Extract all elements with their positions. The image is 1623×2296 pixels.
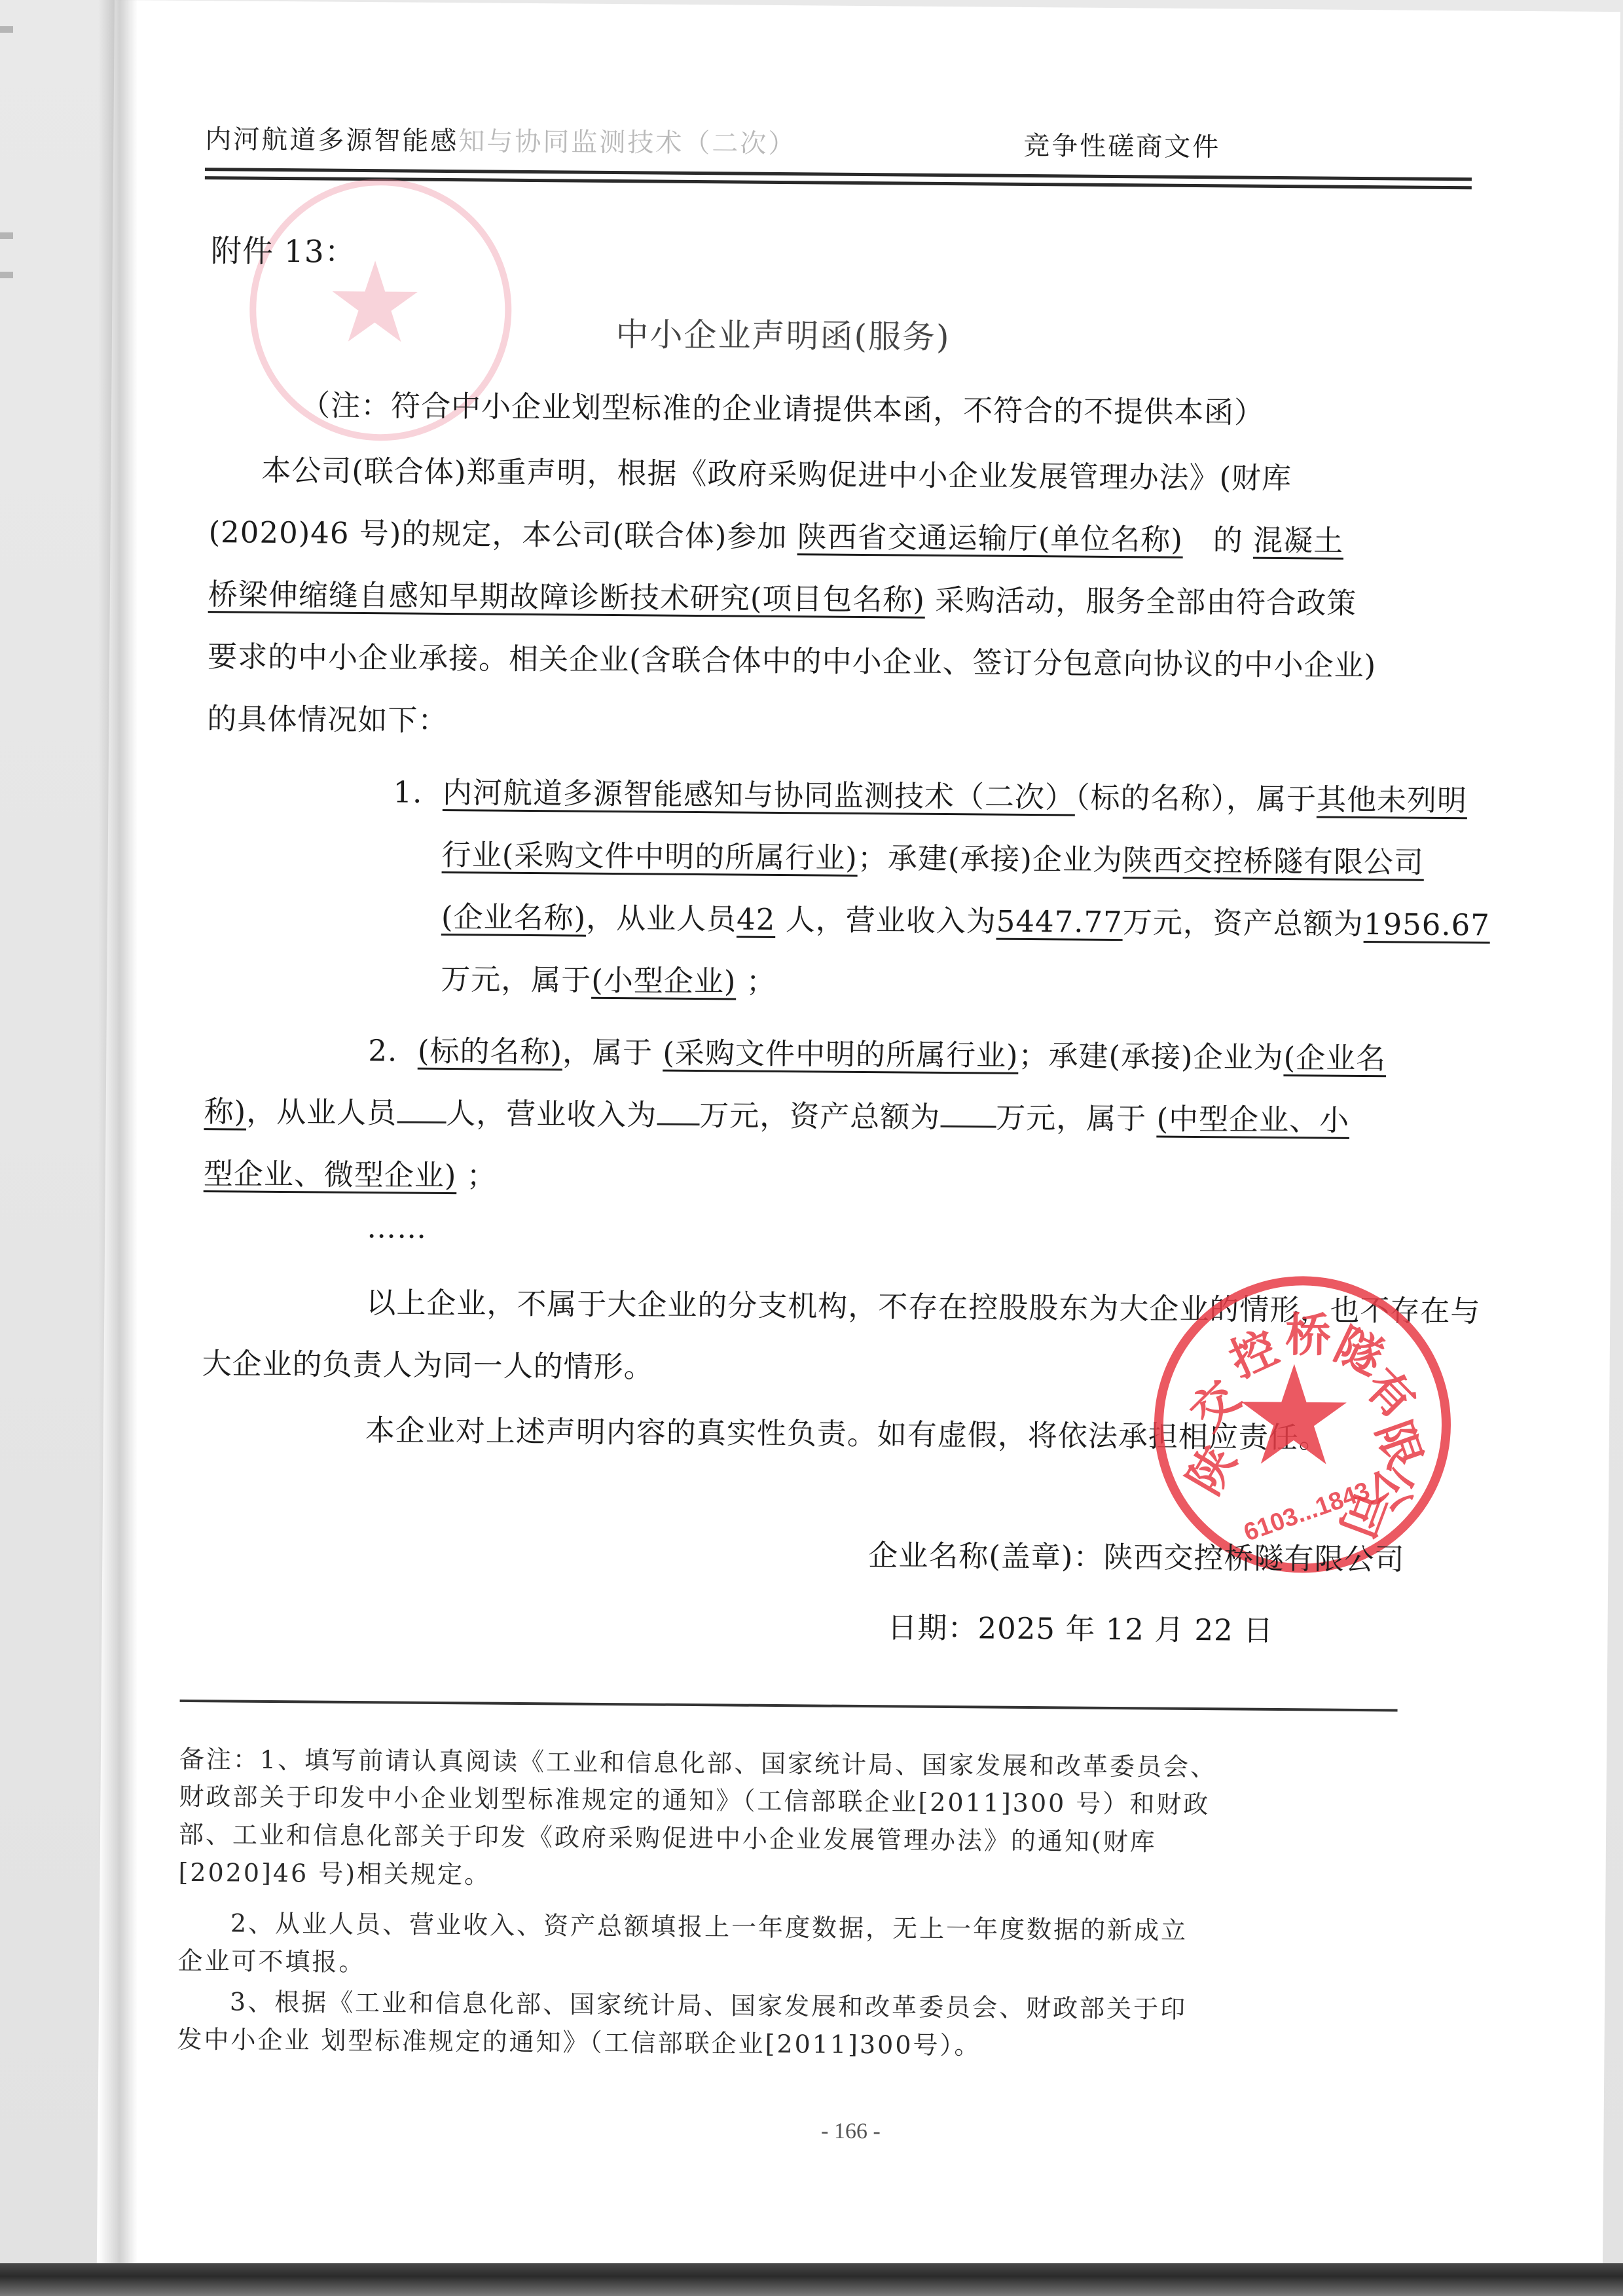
remark-1-line-3: 部、工业和信息化部关于印发《政府采购促进中小企业发展管理办法》的通知(财库 (179, 1814, 1157, 1858)
purchaser-name: 陕西省交通运输厅(单位名称) (797, 519, 1184, 557)
remark-3-line-2: 发中小企业 划型标准规定的通知》（工信部联企业[2011]300号）。 (177, 2019, 981, 2062)
scan-edge-mark (0, 232, 13, 239)
document-note: （注：符合中小企业划型标准的企业请提供本函，不符合的不提供本函） (111, 380, 1453, 433)
item-1-scale: (小型企业) (591, 963, 737, 999)
item-1-company: 陕西交控桥隧有限公司 (1123, 843, 1424, 880)
footnote-separator (180, 1700, 1398, 1712)
intro-line-5: 的具体情况如下： (207, 695, 448, 739)
remark-2-line-1: 2、从业人员、营业收入、资产总额填报上一年度数据，无上一年度数据的新成立 (230, 1903, 1188, 1946)
item-1-industry: 行业(采购文件中明的所属行业) (442, 837, 858, 875)
statement-1-line-2: 大企业的负责人为同一人的情形。 (202, 1339, 654, 1385)
attachment-label: 附件 13： (211, 227, 356, 272)
signature-company: 企业名称(盖章)：陕西交控桥隧有限公司 (868, 1531, 1405, 1578)
item-1-revenue: 5447.77 (996, 904, 1123, 940)
document-page: 内河航道多源智能感知与协同监测技术（二次） 竞争性磋商文件 ★ 附件 13： 中… (97, 0, 1620, 2289)
item-1-line-1: 1. 内河航道多源智能感知与协同监测技术（二次）（标的名称），属于其他未列明 (393, 768, 1467, 819)
intro-line-2: (2020)46 号)的规定，本公司(联合体)参加 陕西省交通运输厅(单位名称)… (208, 508, 1343, 560)
remark-2-line-2: 企业可不填报。 (177, 1941, 365, 1978)
remark-1-line-4: [2020]46 号)相关规定。 (178, 1852, 491, 1891)
scan-edge-mark (0, 26, 13, 33)
blank-revenue (657, 1097, 699, 1126)
book-spine-shadow (98, 0, 137, 2296)
item-1-assets: 1956.67 (1364, 907, 1491, 943)
project-name-part2: 桥梁伸缩缝自感知早期故障诊断技术研究(项目包名称) (208, 577, 926, 617)
scan-bottom-edge (0, 2263, 1623, 2296)
signature-date: 日期：2025 年 12 月 22 日 (887, 1603, 1273, 1649)
project-name-part1: 混凝土 (1253, 523, 1343, 558)
item-1-staff: 42 (737, 902, 776, 937)
item-2-line-3: 型企业、微型企业) ； (204, 1150, 497, 1195)
item-1-line-4: 万元，属于(小型企业) ； (441, 955, 776, 1000)
intro-line-4: 要求的中小企业承接。相关企业(含联合体中的中小企业、签订分包意向协议的中小企业) (208, 632, 1377, 684)
item-2-line-2: 称)，从业人员人，营业收入为万元，资产总额为万元，属于 (中型企业、小 (204, 1087, 1349, 1139)
page-header: 内河航道多源智能感知与协同监测技术（二次） 竞争性磋商文件 (205, 118, 1472, 174)
item-1-line-2: 行业(采购文件中明的所属行业)；承建(承接)企业为陕西交控桥隧有限公司 (442, 831, 1425, 881)
remark-3-line-1: 3、根据《工业和信息化部、国家统计局、国家发展和改革委员会、财政部关于印 (230, 1981, 1188, 2024)
remark-1-line-2: 财政部关于印发中小企业划型标准规定的通知》（工信部联企业[2011]300 号）… (179, 1776, 1210, 1820)
remark-1-line-1: 备注：1、填写前请认真阅读《工业和信息化部、国家统计局、国家发展和改革委员会、 (179, 1739, 1218, 1783)
scan-edge-mark (0, 272, 13, 278)
header-project-title: 内河航道多源智能感知与协同监测技术（二次） (205, 118, 796, 160)
company-seal: 陕 交 控 桥 隧 有 限 公 司 ★ 6103...1843 (1153, 1275, 1452, 1575)
item-1-subject: 内河航道多源智能感知与协同监测技术（二次） (443, 775, 1075, 815)
intro-line-3: 桥梁伸缩缝自感知早期故障诊断技术研究(项目包名称) 采购活动，服务全部由符合政策 (208, 570, 1357, 622)
blank-assets (940, 1099, 996, 1128)
item-1-line-3: (企业名称)，从业人员42 人，营业收入为5447.77万元，资产总额为1956… (441, 893, 1490, 944)
blank-staff (397, 1095, 446, 1123)
intro-line-1: 本公司(联合体)郑重声明，根据《政府采购促进中小企业发展管理办法》(财库 (261, 446, 1292, 497)
ellipsis: …… (367, 1210, 427, 1245)
star-icon: ★ (1231, 1347, 1356, 1485)
item-2-line-1: 2. (标的名称)，属于 (采购文件中明的所属行业)；承建(承接)企业为(企业名 (368, 1027, 1386, 1077)
header-doc-type: 竞争性磋商文件 (1023, 125, 1220, 164)
page-number: - 166 - (98, 2113, 1603, 2150)
